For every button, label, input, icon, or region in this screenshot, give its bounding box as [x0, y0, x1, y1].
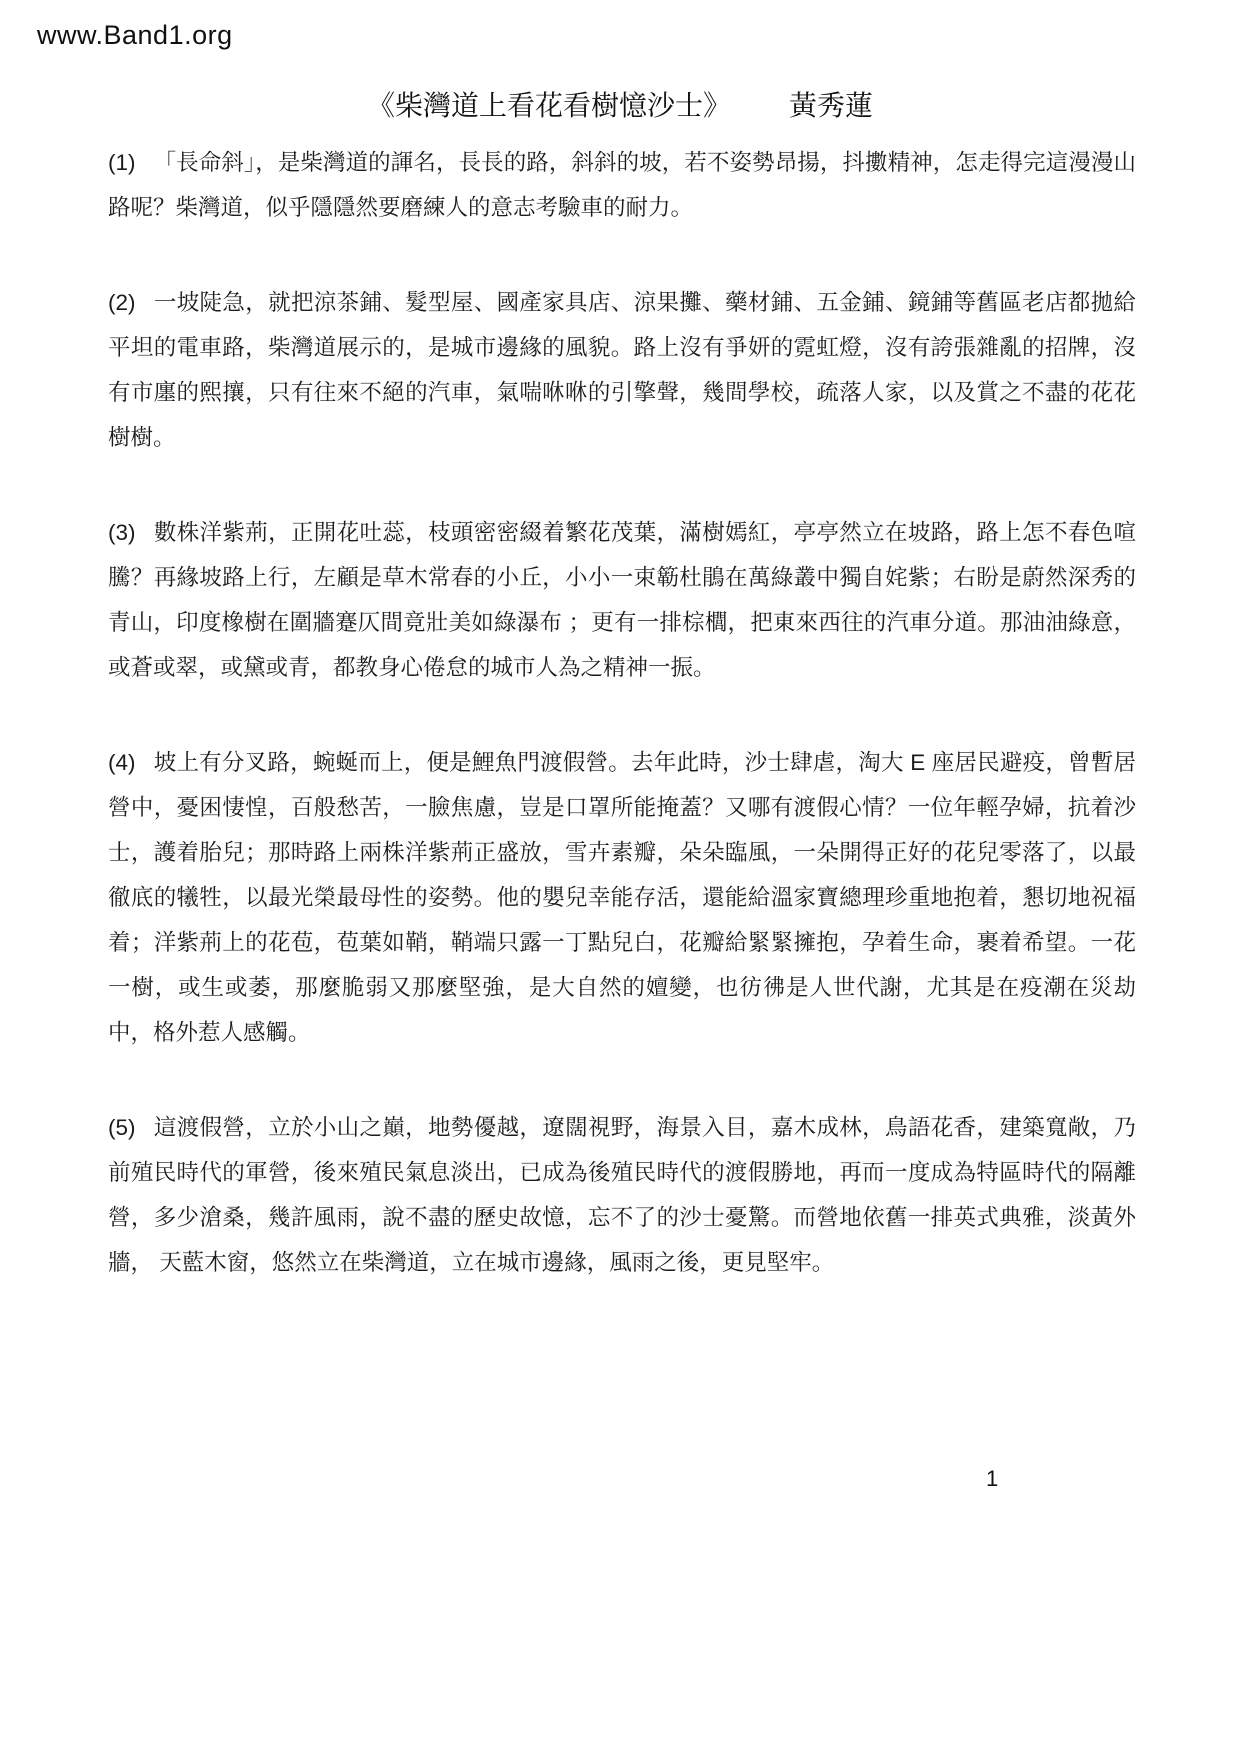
paragraph-number: (3): [108, 520, 136, 545]
paragraph-text: 這渡假營，立於小山之巔，地勢優越，遼闊視野，海景入目，嘉木成林，鳥語花香，建築寬…: [108, 1115, 1136, 1275]
document-page: www.Band1.org 《柴灣道上看花看樹憶沙士》黃秀蓮 (1)「長命斜」，…: [0, 0, 1240, 1754]
paragraph-number: (2): [108, 290, 136, 315]
paragraph: (3)數株洋紫荊，正開花吐蕊，枝頭密密綴着繁花茂葉，滿樹嫣紅，亭亭然立在坡路，路…: [108, 510, 1136, 690]
paragraph-text: 「長命斜」，是柴灣道的諢名，長長的路，斜斜的坡，若不姿勢昂揚，抖擻精神，怎走得完…: [108, 150, 1136, 220]
page-number: 1: [986, 1466, 998, 1492]
document-title-row: 《柴灣道上看花看樹憶沙士》黃秀蓮: [0, 84, 1240, 124]
paragraph-text: 一坡陡急，就把涼茶鋪、髮型屋、國產家具店、涼果攤、藥材鋪、五金鋪、鏡鋪等舊區老店…: [108, 290, 1136, 450]
paragraph: (1)「長命斜」，是柴灣道的諢名，長長的路，斜斜的坡，若不姿勢昂揚，抖擻精神，怎…: [108, 140, 1136, 230]
paragraph-number: (4): [108, 750, 136, 775]
document-author: 黃秀蓮: [789, 90, 873, 121]
paragraph: (2)一坡陡急，就把涼茶鋪、髮型屋、國產家具店、涼果攤、藥材鋪、五金鋪、鏡鋪等舊…: [108, 280, 1136, 460]
document-title: 《柴灣道上看花看樹憶沙士》: [367, 90, 731, 121]
site-watermark: www.Band1.org: [37, 20, 233, 51]
document-body: (1)「長命斜」，是柴灣道的諢名，長長的路，斜斜的坡，若不姿勢昂揚，抖擻精神，怎…: [108, 140, 1136, 1335]
paragraph: (5)這渡假營，立於小山之巔，地勢優越，遼闊視野，海景入目，嘉木成林，鳥語花香，…: [108, 1105, 1136, 1285]
paragraph-number: (1): [108, 150, 136, 175]
paragraph: (4)坡上有分叉路，蜿蜒而上，便是鯉魚門渡假營。去年此時，沙士肆虐，淘大 E 座…: [108, 740, 1136, 1055]
paragraph-text: 數株洋紫荊，正開花吐蕊，枝頭密密綴着繁花茂葉，滿樹嫣紅，亭亭然立在坡路，路上怎不…: [108, 520, 1136, 680]
paragraph-number: (5): [108, 1115, 136, 1140]
paragraph-text: 坡上有分叉路，蜿蜒而上，便是鯉魚門渡假營。去年此時，沙士肆虐，淘大 E 座居民避…: [108, 750, 1136, 1045]
